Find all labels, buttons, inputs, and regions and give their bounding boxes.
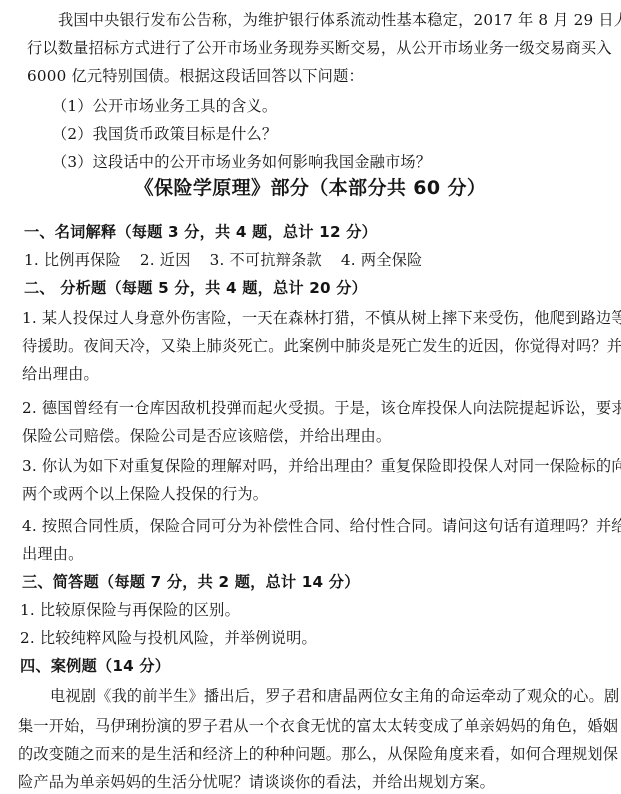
analysis-q1-line-3: 给出理由。 [22, 364, 99, 384]
analysis-q3-line-1: 3. 你认为如下对重复保险的理解对吗，并给出理由？重复保险即投保人对同一保险标的… [22, 456, 621, 476]
short-answer-q1: 1. 比较原保险与再保险的区别。 [20, 600, 240, 620]
sub-question-1: （1）公开市场业务工具的含义。 [52, 96, 277, 116]
analysis-q4-line-2: 出理由。 [22, 544, 84, 564]
analysis-q1-line-1: 1. 某人投保过人身意外伤害险，一天在森林打猎，不慎从树上摔下来受伤，他爬到路边… [22, 308, 621, 328]
short-answer-q2: 2. 比较纯粹风险与投机风险，并举例说明。 [20, 628, 317, 648]
section1-heading: 一、名词解释（每题 3 分，共 4 题，总计 12 分） [24, 222, 377, 242]
intro-line-2: 行以数量招标方式进行了公开市场业务现券买断交易，从公开市场业务一级交易商买入 [27, 38, 612, 58]
sub-question-3: （3）这段话中的公开市场业务如何影响我国金融市场？ [52, 152, 431, 172]
section3-heading: 三、简答题（每题 7 分，共 2 题，总计 14 分） [22, 572, 360, 592]
terms-list: 1. 比例再保险 2. 近因 3. 不可抗辩条款 4. 两全保险 [24, 250, 436, 270]
analysis-q2-line-1: 2. 德国曾经有一仓库因敌机投弹而起火受损。于是，该仓库投保人向法院提起诉讼，要… [22, 398, 621, 418]
analysis-q4-line-1: 4. 按照合同性质，保险合同可分为补偿性合同、给付性合同。请问这句话有道理吗？并… [22, 516, 621, 536]
analysis-q3-line-2: 两个或两个以上保险人投保的行为。 [22, 484, 268, 504]
case-line-4: 险产品为单亲妈妈的生活分忧呢？请谈谈你的看法，并给出规划方案。 [18, 772, 495, 792]
analysis-q2-line-2: 保险公司赔偿。保险公司是否应该赔偿，并给出理由。 [22, 426, 391, 446]
section4-heading: 四、案例题（14 分） [20, 656, 170, 676]
sub-question-2: （2）我国货币政策目标是什么？ [52, 124, 277, 144]
term-3: 3. 不可抗辩条款 [210, 251, 322, 269]
analysis-q1-line-2: 待援助。夜间天冷，又染上肺炎死亡。此案例中肺炎是死亡发生的近因，你觉得对吗？并 [22, 336, 621, 356]
intro-line-3: 6000 亿元特别国债。根据这段话回答以下问题： [27, 66, 364, 86]
term-4: 4. 两全保险 [341, 251, 422, 269]
term-1: 1. 比例再保险 [24, 251, 121, 269]
intro-line-1: 我国中央银行发布公告称，为维护银行体系流动性基本稳定，2017 年 8 月 29… [58, 10, 621, 30]
exam-page: 我国中央银行发布公告称，为维护银行体系流动性基本稳定，2017 年 8 月 29… [0, 0, 621, 794]
case-line-3: 的改变随之而来的是生活和经济上的种种问题。那么，从保险角度来看，如何合理规划保 [18, 744, 618, 764]
case-line-2: 集一开始，马伊琍扮演的罗子君从一个衣食无忧的富太太转变成了单亲妈妈的角色，婚姻 [18, 716, 618, 736]
term-2: 2. 近因 [140, 251, 191, 269]
section2-heading: 二、 分析题（每题 5 分，共 4 题，总计 20 分） [24, 278, 367, 298]
section-title: 《保险学原理》部分（本部分共 60 分） [0, 176, 621, 200]
case-line-1: 电视剧《我的前半生》播出后，罗子君和唐晶两位女主角的命运牵动了观众的心。剧 [50, 686, 619, 706]
